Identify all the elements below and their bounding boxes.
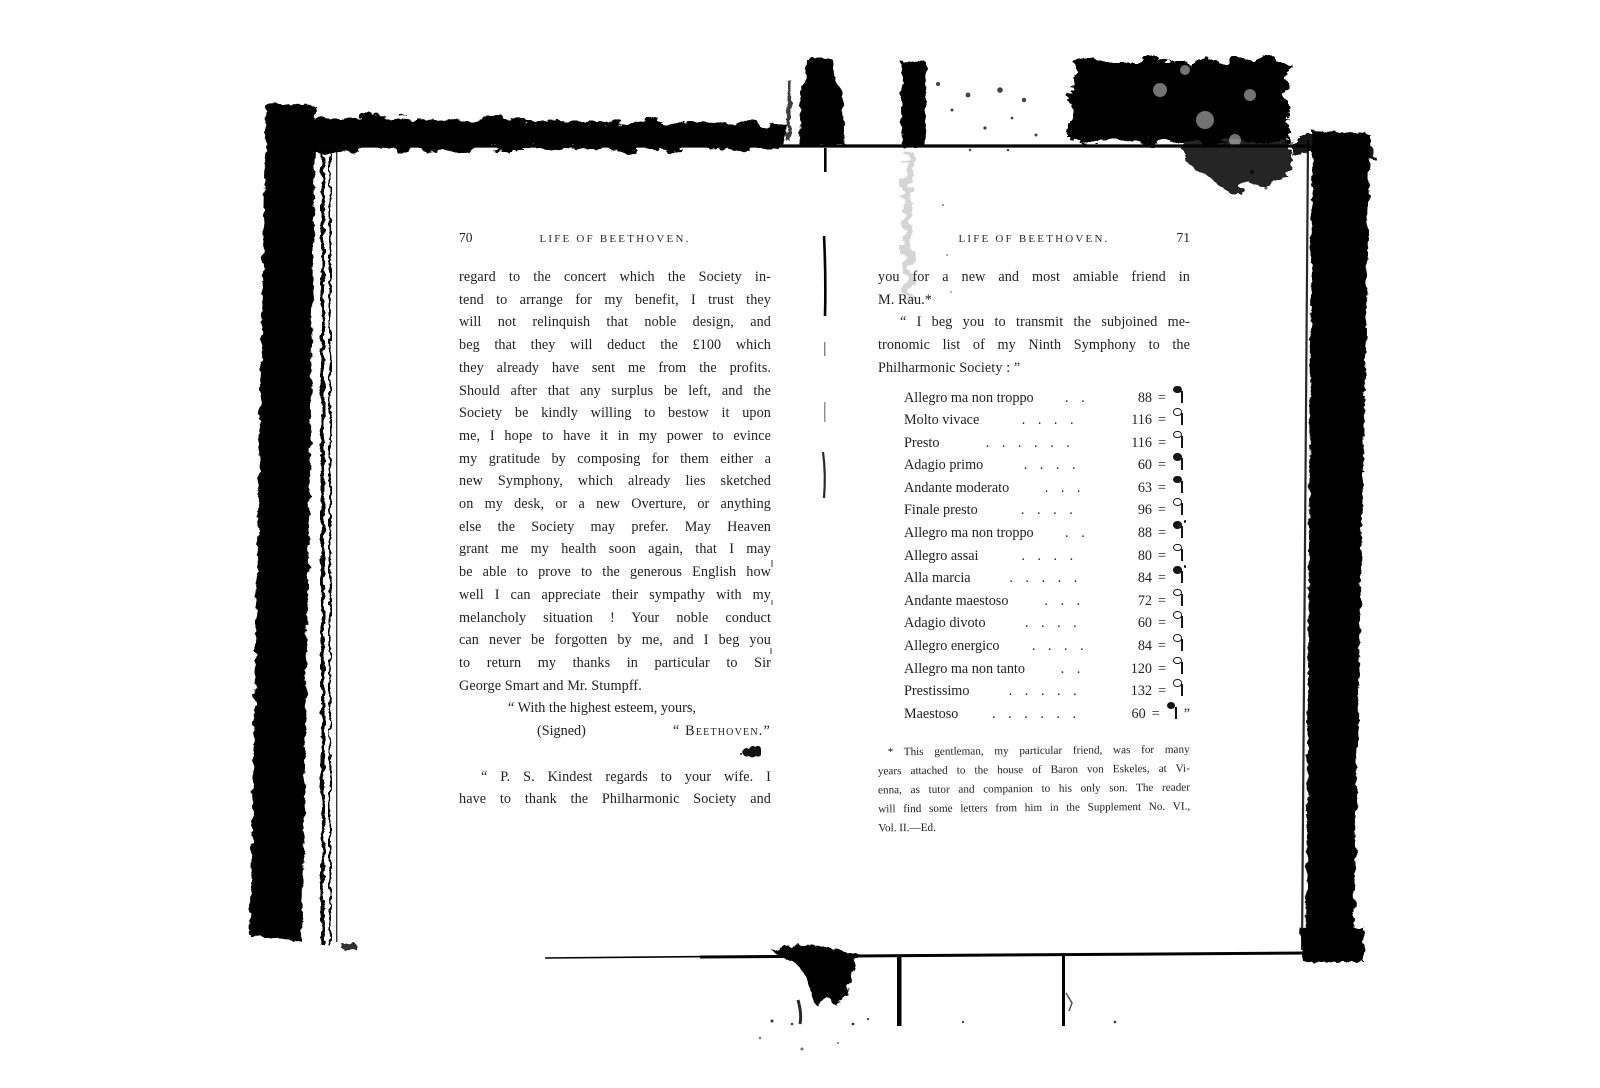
leader-dots: . . . [1009,480,1116,497]
metronome-row: Allegro assai. . . .80= [878,540,1190,563]
signed-label: (Signed) [537,720,586,743]
text-line: my gratitude by composing for them eithe… [459,448,771,471]
gutter-ink-blob [799,59,845,147]
metronome-note-icon [1172,407,1188,427]
equals-sign: = [1152,638,1172,655]
metronome-value: 120 [1116,661,1152,678]
page-bottom-edge [545,953,1308,958]
ink-flourish-icon [739,743,761,758]
text-line: melancholy situation ! Your noble conduc… [459,607,771,630]
right-ink-band [1306,130,1370,962]
metronome-row: Alla marcia. . . . .84= [878,562,1190,585]
metronome-note-icon [1172,385,1188,405]
tempo-label: Maestoso [904,706,958,723]
right-page: LIFE OF BEETHOVEN. 71 you for a new and … [878,230,1190,837]
equals-sign: = [1152,390,1172,407]
left-ink-band [250,104,316,942]
metronome-row: Adagio divoto. . . .60= [878,607,1190,630]
text-line: you for a new and most amiable friend in [878,266,1190,289]
signoff-line: “ With the highest esteem, yours, [459,697,771,720]
text-line: regard to the concert which the Society … [459,266,771,289]
metronome-value: 84 [1116,638,1152,655]
metronome-row: Prestissimo. . . . .132= [878,675,1190,698]
metronome-row: Finale presto. . . .96= [878,494,1190,517]
tempo-label: Andante maestoso [904,593,1008,610]
leader-dots: . . [1034,390,1116,407]
metronome-value: 96 [1116,502,1152,519]
metronome-list: Allegro ma non troppo. .88= Molto vivace… [878,382,1190,721]
tempo-label: Finale presto [904,502,978,519]
metronome-value: 80 [1116,548,1152,565]
metronome-note-icon [1172,678,1188,698]
equals-sign: = [1152,457,1172,474]
equals-sign: = [1152,570,1172,587]
metronome-value: 72 [1116,593,1152,610]
bottom-ink-drip [772,945,862,1007]
equals-sign: = [1146,706,1166,723]
metronome-value: 60 [1116,457,1152,474]
text-line: “ I beg you to transmit the subjoined me… [878,311,1190,334]
top-ink-bar [276,116,788,151]
leader-dots: . . . . . [969,683,1116,700]
metronome-row: Molto vivace. . . .116= [878,404,1190,427]
tempo-label: Allegro ma non tanto [904,661,1025,678]
metronome-note-icon [1172,565,1188,585]
tempo-label: Presto [904,435,939,452]
text-line: well I can appreciate their sympathy wit… [459,584,771,607]
leader-dots: . . . . [978,548,1116,565]
top-ink-bar-small [901,62,926,147]
equals-sign: = [1152,502,1172,519]
leader-dots: . . . . [979,412,1116,429]
text-line: tronomic list of my Ninth Symphony to th… [878,334,1190,357]
text-line: me, I hope to have it in my power to evi… [459,425,771,448]
metronome-note-icon [1172,656,1188,676]
leader-dots: . . . . [999,638,1116,655]
tempo-label: Allegro assai [904,548,978,565]
metronome-note-icon [1172,610,1188,630]
metronome-row: Presto. . . . . .116= [878,427,1190,450]
equals-sign: = [1152,412,1172,429]
intro-paragraph: you for a new and most amiable friend in… [878,266,1190,311]
text-line: Philharmonic Society : ” [878,357,1190,380]
metronome-note-icon [1172,430,1188,450]
tempo-label: Allegro energico [904,638,999,655]
text-line: new Symphony, which already lies sketche… [459,470,771,493]
metronome-value: 88 [1116,390,1152,407]
tempo-label: Adagio primo [904,457,983,474]
tempo-label: Molto vivace [904,412,979,429]
text-line: grant me my health soon again, that I ma… [459,538,771,561]
metronome-value: 84 [1116,570,1152,587]
metronome-value: 132 [1116,683,1152,700]
text-line: tend to arrange for my benefit, I trust … [459,289,771,312]
metronome-row: Adagio primo. . . .60= [878,449,1190,472]
quote-paragraph: “ I beg you to transmit the subjoined me… [878,311,1190,379]
metronome-note-icon [1172,475,1188,495]
text-line: Should after that any surplus be left, a… [459,380,771,403]
text-line: M. Rau.* [878,289,1190,312]
equals-sign: = [1152,683,1172,700]
page-number: 71 [1144,230,1190,246]
leader-dots: . . [1034,525,1116,542]
leader-dots: . . . [1008,593,1116,610]
leader-dots: . . . . . [971,570,1116,587]
metronome-row: Allegro ma non troppo. .88= [878,382,1190,405]
metronome-note-icon [1172,520,1188,540]
text-line: have to thank the Philharmonic Society a… [459,788,771,811]
tempo-label: Alla marcia [904,570,971,587]
running-head: LIFE OF BEETHOVEN. [505,233,725,245]
metronome-value: 60 [1110,706,1146,723]
metronome-row: Allegro energico. . . .84= [878,630,1190,653]
running-head: LIFE OF BEETHOVEN. [924,233,1144,245]
equals-sign: = [1152,615,1172,632]
tempo-label: Andante moderato [904,480,1009,497]
postscript-paragraph: “ P. S. Kindest regards to your wife. Ih… [459,766,771,811]
metronome-value: 60 [1116,615,1152,632]
metronome-value: 116 [1116,412,1152,429]
text-line: will find some letters from him in the S… [878,798,1190,820]
metronome-row: Allegro ma non troppo. .88= [878,517,1190,540]
equals-sign: = [1152,480,1172,497]
left-page: 70 LIFE OF BEETHOVEN. regard to the conc… [459,230,771,811]
text-line: on my desk, or a new Overture, or anythi… [459,493,771,516]
leader-dots: . . . . [983,457,1116,474]
bottom-vline [897,956,902,1026]
text-line: to return my thanks in particular to Sir [459,652,771,675]
metronome-note-icon [1166,701,1182,721]
ink-border-group [250,59,1370,1051]
bottom-speckles [759,1018,1116,1051]
row-suffix: ” [1184,706,1190,723]
equals-sign: = [1152,593,1172,610]
footnote: * This gentleman, my particular friend, … [878,741,1191,839]
metronome-row: Maestoso. . . . . .60=” [878,698,1190,721]
letter-body-paragraph: regard to the concert which the Society … [459,266,771,697]
top-right-ink-block [1072,60,1288,142]
text-line: George Smart and Mr. Stumpff. [459,675,771,698]
equals-sign: = [1152,525,1172,542]
scan-artifacts [0,0,1600,1088]
leader-dots: . . . . . . [958,706,1109,723]
right-page-header: LIFE OF BEETHOVEN. 71 [878,230,1190,246]
text-line: beg that they will deduct the £100 which [459,334,771,357]
equals-sign: = [1152,661,1172,678]
signed-name: “ Beethoven.” [673,720,771,743]
text-line: Society be kindly willing to bestow it u… [459,402,771,425]
text-line: be able to prove to the generous English… [459,561,771,584]
equals-sign: = [1152,548,1172,565]
flourish-row [739,743,771,760]
page-number: 70 [459,230,505,246]
metronome-row: Andante maestoso. . .72= [878,585,1190,608]
metronome-row: Andante moderato. . .63= [878,472,1190,495]
tempo-label: Allegro ma non troppo [904,525,1034,542]
signature-row: (Signed) “ Beethoven.” [459,720,771,743]
book-scan: 70 LIFE OF BEETHOVEN. regard to the conc… [0,0,1600,1088]
metronome-value: 116 [1116,435,1152,452]
metronome-row: Allegro ma non tanto. .120= [878,653,1190,676]
metronome-note-icon [1172,497,1188,517]
metronome-value: 63 [1116,480,1152,497]
equals-sign: = [1152,435,1172,452]
metronome-value: 88 [1116,525,1152,542]
tempo-label: Prestissimo [904,683,969,700]
metronome-note-icon [1172,452,1188,472]
gutter-line [770,148,827,654]
text-line: will not relinquish that noble design, a… [459,311,771,334]
text-line: Vol. II.—Ed. [878,817,1190,839]
text-line: they already have sent me from the profi… [459,357,771,380]
text-line: “ P. S. Kindest regards to your wife. I [459,766,771,789]
leader-dots: . . . . . . [939,435,1116,452]
leader-dots: . . . . [978,502,1116,519]
metronome-note-icon [1172,543,1188,563]
leader-dots: . . [1025,661,1116,678]
tempo-label: Adagio divoto [904,615,986,632]
metronome-note-icon [1172,588,1188,608]
text-line: can never be forgotten by me, and I beg … [459,629,771,652]
left-page-header: 70 LIFE OF BEETHOVEN. [459,230,771,246]
metronome-note-icon [1172,633,1188,653]
text-line: else the Society may prefer. May Heaven [459,516,771,539]
leader-dots: . . . . [986,615,1116,632]
tempo-label: Allegro ma non troppo [904,390,1034,407]
bottom-vline [1062,954,1065,1026]
